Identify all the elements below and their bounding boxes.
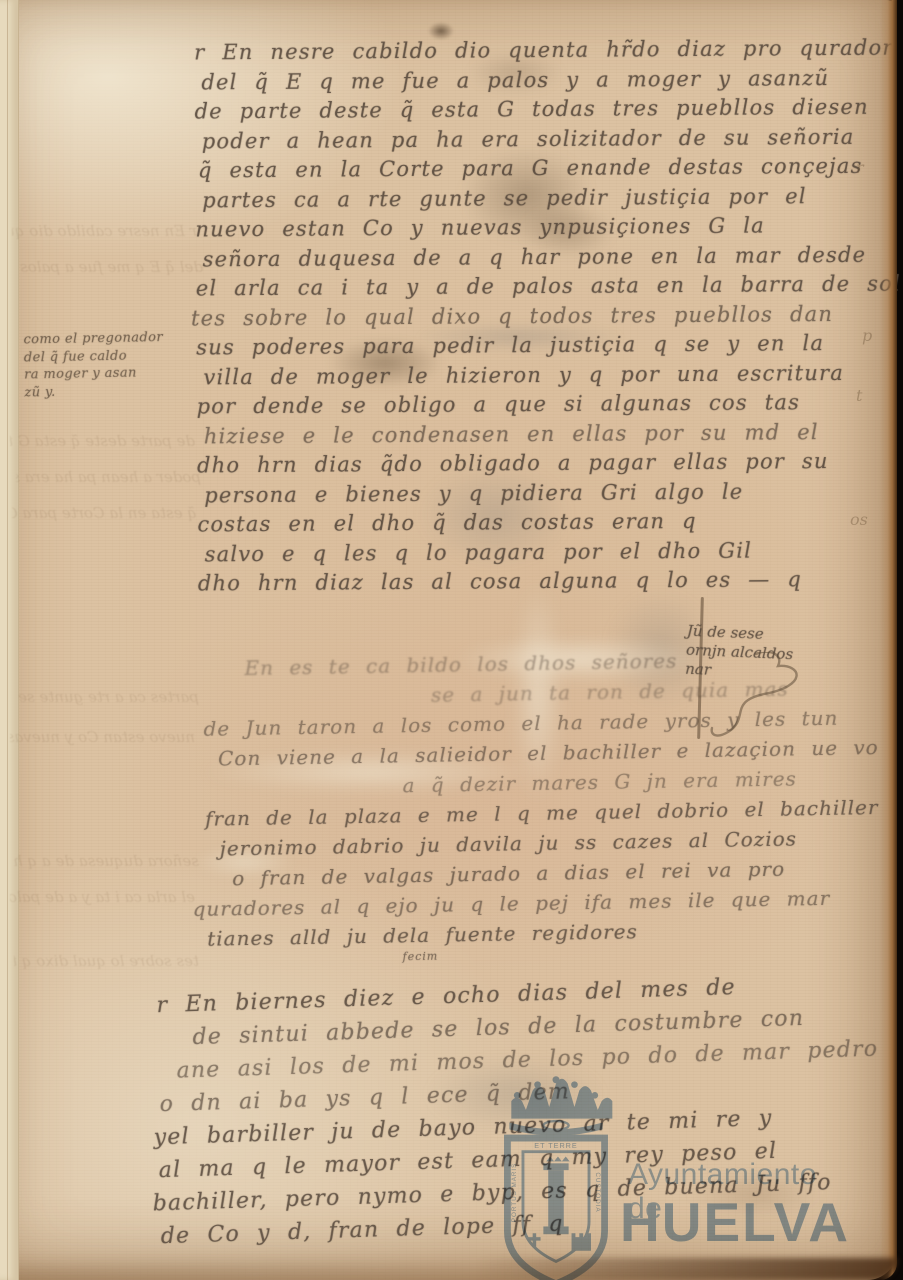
bleedthrough-text: nuevo estan Co y nuevas ynpusiçiones G l… — [10, 728, 195, 752]
edge-ink-mark: t — [856, 386, 862, 405]
edge-ink-mark: os — [850, 510, 868, 529]
bleedthrough-text: del q̃ E q me fue a palos y a moger y as… — [18, 258, 203, 282]
text-block-1: r En nesre cabildo dio quenta hr̃do diaz… — [194, 34, 903, 599]
scan-background: r En nesre cabildo dio quenta hr̃do diaz… — [0, 0, 903, 1280]
bleedthrough-text: señora duquesa de a q har pone en la mar… — [14, 852, 199, 876]
manuscript-line: de parte deste q̃ esta G todas tres pueb… — [194, 93, 899, 127]
watermark-motto-left: PORTUS MARIS — [511, 1163, 518, 1222]
manuscript-line: partes ca a rte gunte se pedir justiçia … — [202, 181, 900, 215]
manuscript-line: tes sobre lo qual dixo q todos tres pueb… — [191, 299, 901, 333]
bleedthrough-text: poder a hean pa ha era solizitador de su… — [16, 468, 201, 492]
bleedthrough-text: de parte deste q̃ esta G todas tres pueb… — [10, 432, 195, 456]
margin-note-line: zũ y. — [24, 381, 194, 401]
bleedthrough-text: q̃ esta en la Corte para G enande destas… — [12, 504, 197, 528]
manuscript-line: del q̃ E q me fue a palos y a moger y as… — [201, 63, 899, 97]
page-edge — [880, 0, 897, 1280]
manuscript-line: hiziese e le condenasen en ellas por su … — [204, 417, 902, 451]
bleedthrough-text: r En nesre cabildo dio quenta hr̃do diaz… — [12, 222, 197, 246]
manuscript-line: persona e bienes y q pidiera Gri algo le — [204, 476, 902, 510]
manuscript-page: r En nesre cabildo dio quenta hr̃do diaz… — [0, 0, 897, 1280]
manuscript-line: señora duquesa de a q har pone en la mar… — [202, 240, 900, 274]
bleedthrough-text: tes sobre lo qual dixo q todos tres pueb… — [14, 952, 199, 976]
page-bottom-shadow — [477, 1258, 897, 1280]
watermark-motto-right: CUSTODIA — [594, 1172, 601, 1212]
bleedthrough-text: el arla ca i ta y a de palos asta en la … — [10, 888, 195, 912]
bleedthrough-text: partes ca a rte gunte se pedir justiçia … — [14, 688, 199, 712]
edge-ink-mark: p — [862, 326, 872, 345]
huelva-coat-of-arms-icon: ET TERRE PORTUS MARIS CUSTODIA — [488, 1068, 624, 1280]
manuscript-line: dho hrn diaz las al cosa alguna q lo es … — [198, 565, 903, 599]
manuscript-line: sus poderes para pedir la justiçia q se … — [196, 329, 901, 363]
manuscript-line: salvo e q les q lo pagara por el dho Gil — [205, 535, 903, 569]
manuscript-line: r En nesre cabildo dio quenta hr̃do diaz… — [194, 34, 899, 68]
watermark-motto-top: ET TERRE — [534, 1141, 577, 1150]
manuscript-line: dho hrn dias q̃do obligado a pagar ellas… — [197, 447, 902, 481]
manuscript-line: villa de moger le hizieron y q por una e… — [203, 358, 901, 392]
margin-note-left: como el pregonadordel q̃ fue caldora mog… — [23, 329, 194, 402]
edge-ink-mark: r — [856, 158, 864, 177]
manuscript-line: q̃ esta en la Corte para G enande destas… — [198, 152, 900, 186]
signature-flourish-icon — [698, 652, 808, 747]
binding-edge — [0, 0, 19, 1280]
manuscript-line: poder a hean pa ha era solizitador de su… — [202, 122, 900, 156]
watermark-text-large: HUELVA — [620, 1190, 850, 1254]
